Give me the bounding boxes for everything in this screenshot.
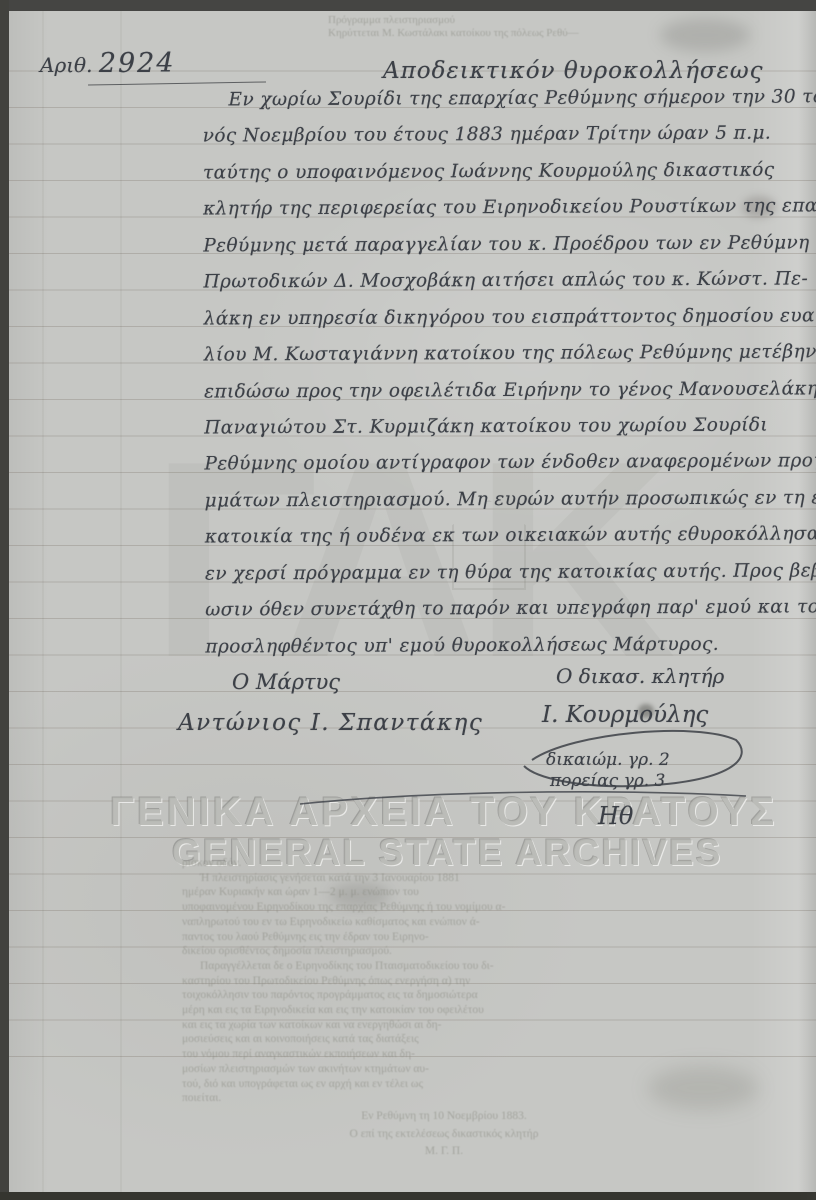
number-underline-flourish — [88, 78, 266, 85]
handwritten-body: Εν χωρίω Σουρίδι της επαρχίας Ρεθύμνης σ… — [202, 86, 799, 672]
body-line: Ρεθύμνης μετά παραγγελίαν του κ. Προέδρο… — [203, 232, 797, 272]
bleedthrough-line: του νόμου περί αναγκαστικών εκποιήσεων κ… — [182, 1047, 706, 1062]
bleedthrough-line: Πρόγραμμα πλειστηριασμού — [328, 14, 579, 27]
watermark-english-text: GENERAL STATE ARCHIVES — [172, 832, 722, 874]
witness-signature: Αντώνιος Ι. Σπαντάκης — [178, 710, 483, 736]
body-line: εν χερσί πρόγραμμα εν τη θύρα της κατοικ… — [205, 560, 799, 600]
body-line: κλητήρ της περιφερείας του Ειρηνοδικείου… — [203, 196, 797, 236]
bleedthrough-line: Παραγγέλλεται δε ο Ειρηνοδίκης του Πταισ… — [182, 959, 706, 974]
bleedthrough-line: ρισκον οδόν. — [182, 856, 706, 871]
bleedthrough-line: μοσιεύσεις και αι κοινοποιήσεις κατά τας… — [182, 1032, 706, 1047]
bleedthrough-line: μοσίων πλειστηριασμών των ακινήτων κτημά… — [182, 1062, 706, 1077]
fee-line-2: πορείας γρ. 3 — [550, 771, 665, 791]
bailiff-heading: Ο δικασ. κλητήρ — [556, 664, 724, 688]
body-line: ταύτης ο υποφαινόμενος Ιωάννης Κουρμούλη… — [203, 159, 797, 199]
body-line: λάκη εν υπηρεσία δικηγόρου του εισπράττο… — [204, 305, 798, 345]
scan-edge-left — [0, 0, 9, 1192]
bleedthrough-line: Μ. Γ. Π. — [182, 1144, 706, 1159]
stain — [648, 1066, 758, 1110]
fold-line-center — [120, 0, 122, 1200]
watermark-greek-text: ΓΕΝΙΚΑ ΑΡΧΕΙΑ ΤΟΥ ΚΡΑΤΟΥΣ — [110, 790, 777, 835]
scanned-document-page: ΓΑΚ ΓΕΝΙΚΑ ΑΡΧΕΙΑ ΤΟΥ ΚΡΑΤΟΥΣ GENERAL ST… — [0, 0, 816, 1200]
body-line: νός Νοεμβρίου του έτους 1883 ημέραν Τρίτ… — [203, 123, 797, 163]
body-line: Ρεθύμνης ομοίου αντίγραφον των ένδοθεν α… — [204, 451, 798, 491]
bleedthrough-line: καστηρίου του Πρωτοδικείου Ρεθύμνης όπως… — [182, 974, 706, 989]
witness-heading: Ο Μάρτυς — [232, 670, 340, 694]
bleedthrough-line: ημέραν Κυριακήν και ώραν 1—2 μ. μ. ενώπι… — [182, 885, 706, 900]
body-line: μμάτων πλειστηριασμού. Μη ευρών αυτήν πρ… — [205, 487, 799, 527]
body-line: λίου Μ. Κωσταγιάννη κατοίκου της πόλεως … — [204, 342, 798, 382]
scan-edge-right — [798, 0, 816, 1200]
bleedthrough-line: δικείου ορισθέντος δημοσία πλειστηριασμο… — [182, 944, 706, 959]
bleedthrough-line: και εις τα χωρία των κατοίκων και να ενε… — [182, 1018, 706, 1033]
bleedthrough-line: Κηρύττεται Μ. Κωστάλακι κατοίκου της πόλ… — [328, 27, 579, 40]
stain — [330, 882, 390, 908]
bleedthrough-line: Εν Ρεθύμνη τη 10 Νοεμβρίου 1883. — [182, 1109, 706, 1124]
fold-line-left — [42, 0, 44, 1200]
document-number: Αριθ. 2924 — [40, 48, 176, 79]
body-line: κατοικία της ή ουδένα εκ των οικειακών α… — [205, 524, 799, 564]
document-title: Αποδεικτικόν θυροκολλήσεως — [383, 58, 764, 84]
bleedthrough-line: Ή πλειστηρίασις γενήσεται κατά την 3 Ιαν… — [182, 871, 706, 886]
clerk-monogram: Ηθ — [598, 802, 633, 830]
document-number-label: Αριθ. — [40, 53, 92, 77]
body-line: επιδώσω προς την οφειλέτιδα Ειρήνην το γ… — [204, 378, 798, 418]
bleedthrough-line: τοιχοκόλλησιν του παρόντος προγράμματος … — [182, 988, 706, 1003]
fee-line-1: δικαιώμ. γρ. 2 — [546, 750, 670, 770]
bleedthrough-line: παντος του λαού Ρεθύμνης εις την έδραν τ… — [182, 930, 706, 945]
bleedthrough-line: Ο επί της εκτελέσεως δικαστικός κλητήρ — [182, 1127, 706, 1142]
body-line: ωσιν όθεν συνετάχθη το παρόν και υπεγράφ… — [205, 597, 799, 637]
bailiff-signature: Ι. Κουρμούλης — [542, 702, 708, 728]
bleedthrough-line: ναπληρωτού του εν τω Ειρηνοδικείω καθίσμ… — [182, 915, 706, 930]
scan-edge-top — [0, 0, 816, 11]
scan-edge-bottom — [0, 1192, 816, 1200]
document-number-value: 2924 — [99, 48, 176, 79]
bleedthrough-bottom: ρισκον οδόν. Ή πλειστηρίασις γενήσεται κ… — [182, 856, 706, 1159]
bleedthrough-line: ποιείται. — [182, 1091, 706, 1106]
body-line: Πρωτοδικών Δ. Μοσχοβάκη αιτήσει απλώς το… — [203, 269, 797, 309]
bleedthrough-top: Πρόγραμμα πλειστηριασμού Κηρύττεται Μ. Κ… — [328, 14, 579, 40]
stain — [660, 18, 750, 52]
pen-stroke — [298, 786, 750, 808]
bleedthrough-line: μέρη και εις τα Ειρηνοδικεία και εις την… — [182, 1003, 706, 1018]
bleedthrough-line: υποφαινομένου Ειρηνοδίκου της επαρχίας Ρ… — [182, 900, 706, 915]
body-line: Παναγιώτου Στ. Κυρμιζάκη κατοίκου του χω… — [204, 414, 798, 454]
bleedthrough-line: τού, διό και υπογράφεται ως εν αρχή και … — [182, 1077, 706, 1092]
body-line: Εν χωρίω Σουρίδι της επαρχίας Ρεθύμνης σ… — [202, 86, 796, 126]
